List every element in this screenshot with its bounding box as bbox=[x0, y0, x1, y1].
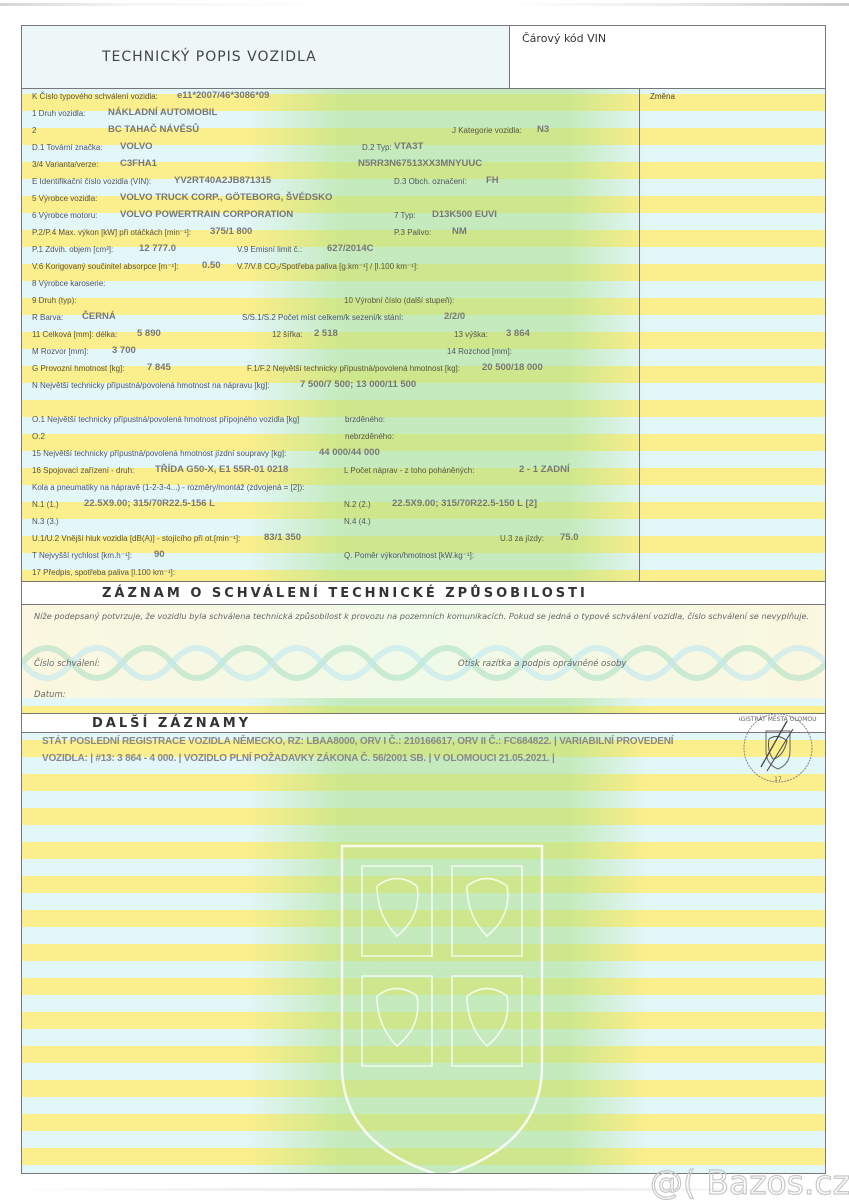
row-axle-3-4: N.3 (3.) N.4 (4.) bbox=[22, 513, 639, 530]
row-body-manufacturer: 8 Výrobce karoserie: bbox=[22, 275, 639, 292]
category-value: N3 bbox=[537, 124, 549, 135]
field-label: E Identifikační číslo vozidla (VIN): bbox=[32, 177, 151, 186]
coupling-value: TŘÍDA G50-X, E1 55R-01 0218 bbox=[155, 464, 288, 475]
row-vehicle-kind: 1 Druh vozidla: NÁKLADNÍ AUTOMOBIL bbox=[22, 105, 639, 122]
page-title: TECHNICKÝ POPIS VOZIDLA bbox=[102, 49, 317, 65]
bazos-watermark: @( Bazos.cz bbox=[650, 1163, 849, 1200]
axle-2-tyres-value: 22.5X9.00; 315/70R22.5-150 L [2] bbox=[392, 498, 537, 509]
vin-barcode-box: Čárový kód VIN bbox=[509, 26, 826, 88]
height-value: 3 864 bbox=[506, 328, 530, 339]
field-label: N.1 (1.) bbox=[32, 500, 59, 509]
row-body-kind: 9 Druh (typ): 10 Výrobní číslo (další st… bbox=[22, 292, 639, 309]
vehicle-manufacturer-value: VOLVO TRUCK CORP., GÖTEBORG, ŠVÉDSKO bbox=[120, 192, 332, 203]
field-label: N.2 (2.) bbox=[344, 500, 371, 509]
field-label: R Barva: bbox=[32, 313, 63, 322]
vehicle-kind-value: NÁKLADNÍ AUTOMOBIL bbox=[108, 107, 217, 118]
records-title: DALŠÍ ZÁZNAMY bbox=[92, 716, 251, 731]
color-value: ČERNÁ bbox=[82, 311, 116, 322]
field-label: 9 Druh (typ): bbox=[32, 296, 76, 305]
field-label: K Číslo typového schválení vozidla: bbox=[32, 92, 158, 101]
max-weight-value: 20 500/18 000 bbox=[482, 362, 543, 373]
engine-type-value: D13K500 EUVI bbox=[432, 209, 497, 220]
official-stamp: MAGISTRÁT MĚSTA OLOMOUCE 17 bbox=[739, 709, 817, 787]
row-axle-1-2: N.1 (1.) 22.5X9.00; 315/70R22.5-156 L N.… bbox=[22, 496, 639, 513]
row-wheels-heading: Kola a pneumatiky na nápravě (1-2-3-4...… bbox=[22, 479, 639, 496]
row-type-approval: K Číslo typového schválení vozidla: e11*… bbox=[22, 88, 639, 105]
wheelbase-value: 3 700 bbox=[112, 345, 136, 356]
row-speed: T Nejvyšší rychlost [km.h⁻¹]: 90 Q. Pomě… bbox=[22, 547, 639, 564]
row-variant: 3/4 Varianta/verze: C3FHA1 N5RR3N67513XX… bbox=[22, 156, 639, 173]
field-label: Q. Poměr výkon/hmotnost [kW.kg⁻¹]: bbox=[344, 551, 474, 560]
guilloche-pattern bbox=[22, 633, 826, 693]
field-label: 13 výška: bbox=[454, 330, 488, 339]
length-value: 5 890 bbox=[137, 328, 161, 339]
field-label: P.3 Palivo: bbox=[394, 228, 431, 237]
axle-weight-value: 7 500/7 500; 13 000/11 500 bbox=[300, 379, 416, 390]
trade-name-value: FH bbox=[486, 175, 499, 186]
approval-number-label: Číslo schválení: bbox=[34, 659, 100, 669]
field-label: 2 bbox=[32, 126, 36, 135]
vin-value: YV2RT40A2JB871315 bbox=[174, 175, 271, 186]
row-trailer-unbraked: O.2 nebrzděného: bbox=[22, 428, 639, 445]
field-label: 7 Typ: bbox=[394, 211, 416, 220]
approval-title: ZÁZNAM O SCHVÁLENÍ TECHNICKÉ ZPŮSOBILOST… bbox=[102, 586, 588, 601]
vin-barcode-label: Čárový kód VIN bbox=[522, 32, 606, 45]
field-label: 11 Celková [mm]: délka: bbox=[32, 330, 117, 339]
noise-value: 83/1 350 bbox=[264, 532, 301, 543]
stamp-signature-label: Otisk razítka a podpis oprávněné osoby bbox=[458, 659, 626, 669]
field-label: 10 Výrobní číslo (další stupeň): bbox=[344, 296, 454, 305]
combination-weight-value: 44 000/44 000 bbox=[319, 447, 380, 458]
record-line: VOZIDLA: | #13: 3 864 - 4 000. | VOZIDLO… bbox=[42, 753, 555, 764]
fuel-value: NM bbox=[452, 226, 467, 237]
field-label: P.1 Zdvih. objem [cm³]: bbox=[32, 245, 113, 254]
field-label: 1 Druh vozidla: bbox=[32, 109, 85, 118]
field-label: 5 Výrobce vozidla: bbox=[32, 194, 97, 203]
field-label: L Počet náprav - z toho poháněných: bbox=[344, 466, 474, 475]
row-length: 11 Celková [mm]: délka: 5 890 12 šířka: … bbox=[22, 326, 639, 343]
row-make: D.1 Tovární značka: VOLVO D.2 Typ: VTA3T bbox=[22, 139, 639, 156]
state-emblem-watermark bbox=[322, 826, 562, 1174]
seats-value: 2/2/0 bbox=[444, 311, 465, 322]
field-label: 12 šířka: bbox=[272, 330, 303, 339]
field-label: N.4 (4.) bbox=[344, 517, 371, 526]
variant-value: C3FHA1 bbox=[120, 158, 157, 169]
type-approval-number: e11*2007/46*3086*09 bbox=[177, 90, 269, 101]
field-label: 14 Rozchod [mm]: bbox=[447, 347, 512, 356]
row-noise: U.1/U.2 Vnější hluk vozidla [dB(A)] - st… bbox=[22, 530, 639, 547]
field-label: 6 Výrobce motoru: bbox=[32, 211, 97, 220]
row-color: R Barva: ČERNÁ S/S.1/S.2 Počet míst celk… bbox=[22, 309, 639, 326]
version-value: N5RR3N67513XX3MNYUUC bbox=[358, 158, 482, 169]
row-combination-weight: 15 Největší technicky přípustná/povolená… bbox=[22, 445, 639, 462]
row-vin: E Identifikační číslo vozidla (VIN): YV2… bbox=[22, 173, 639, 190]
field-label: nebrzděného: bbox=[345, 432, 394, 441]
approval-section: Níže podepsaný potvrzuje, že vozidlu byl… bbox=[22, 605, 826, 698]
change-column-divider bbox=[639, 88, 640, 613]
axle-count-value: 2 - 1 ZADNÍ bbox=[519, 464, 570, 475]
emission-limit-value: 627/2014C bbox=[327, 243, 373, 254]
make-value: VOLVO bbox=[120, 141, 153, 152]
row-wheelbase: M Rozvor [mm]: 3 700 14 Rozchod [mm]: bbox=[22, 343, 639, 360]
technical-description-sheet: TECHNICKÝ POPIS VOZIDLA Čárový kód VIN Z… bbox=[21, 25, 826, 1174]
field-label: brzděného: bbox=[345, 415, 385, 424]
width-value: 2 518 bbox=[314, 328, 338, 339]
axle-1-tyres-value: 22.5X9.00; 315/70R22.5-156 L bbox=[84, 498, 215, 509]
type-value: VTA3T bbox=[394, 141, 423, 152]
displacement-value: 12 777.0 bbox=[139, 243, 176, 254]
record-line: STÁT POSLEDNÍ REGISTRACE VOZIDLA NĚMECKO… bbox=[42, 736, 673, 747]
field-label: O.1 Největší technicky přípustná/povolen… bbox=[32, 415, 299, 424]
field-label: F.1/F.2 Největší technicky přípustná/pov… bbox=[247, 364, 460, 373]
row-absorption: V.6 Korigovaný součinitel absorpce [m⁻¹]… bbox=[22, 258, 639, 275]
date-label: Datum: bbox=[34, 690, 66, 700]
field-label: D.3 Obch. označení: bbox=[394, 177, 467, 186]
records-section-header: DALŠÍ ZÁZNAMY bbox=[22, 713, 826, 733]
field-label: S/S.1/S.2 Počet míst celkem/k sezení/k s… bbox=[242, 313, 403, 322]
field-label: N.3 (3.) bbox=[32, 517, 59, 526]
max-speed-value: 90 bbox=[154, 549, 165, 560]
scan-edge bbox=[0, 3, 849, 6]
row-operating-weight: G Provozní hmotnost [kg]: 7 845 F.1/F.2 … bbox=[22, 360, 639, 377]
field-label: 8 Výrobce karoserie: bbox=[32, 279, 105, 288]
field-label: V.9 Emisní limit č.: bbox=[237, 245, 302, 254]
row-trailer-braked: O.1 Největší technicky přípustná/povolen… bbox=[22, 411, 639, 428]
stamp-text: MAGISTRÁT MĚSTA OLOMOUCE bbox=[739, 715, 817, 723]
operating-weight-value: 7 845 bbox=[147, 362, 171, 373]
row-fuel-consumption: 17 Předpis, spotřeba paliva [l.100 km⁻¹]… bbox=[22, 564, 639, 581]
noise-driving-value: 75.0 bbox=[560, 532, 579, 543]
field-label: U.1/U.2 Vnější hluk vozidla [dB(A)] - st… bbox=[32, 534, 240, 543]
field-label: Kola a pneumatiky na nápravě (1-2-3-4...… bbox=[32, 483, 304, 492]
field-label: 3/4 Varianta/verze: bbox=[32, 160, 99, 169]
field-label: V.7/V.8 CO₂/Spotřeba paliva [g.km⁻¹] / [… bbox=[237, 262, 418, 271]
header: TECHNICKÝ POPIS VOZIDLA Čárový kód VIN bbox=[22, 26, 826, 89]
field-label: N Největší technicky přípustná/povolená … bbox=[32, 381, 269, 390]
row-displacement: P.1 Zdvih. objem [cm³]: 12 777.0 V.9 Emi… bbox=[22, 241, 639, 258]
field-label: D.2 Typ: bbox=[362, 143, 392, 152]
field-label: V.6 Korigovaný součinitel absorpce [m⁻¹]… bbox=[32, 262, 179, 271]
field-label: G Provozní hmotnost [kg]: bbox=[32, 364, 124, 373]
row-axle-weight: N Největší technicky přípustná/povolená … bbox=[22, 377, 639, 394]
power-value: 375/1 800 bbox=[210, 226, 252, 237]
field-label: 16 Spojovací zařízení - druh: bbox=[32, 466, 134, 475]
field-label: M Rozvor [mm]: bbox=[32, 347, 88, 356]
row-engine-manufacturer: 6 Výrobce motoru: VOLVO POWERTRAIN CORPO… bbox=[22, 207, 639, 224]
row-coupling: 16 Spojovací zařízení - druh: TŘÍDA G50-… bbox=[22, 462, 639, 479]
body-type-value: BC TAHAČ NÁVĚSŮ bbox=[108, 124, 199, 135]
approval-section-header: ZÁZNAM O SCHVÁLENÍ TECHNICKÉ ZPŮSOBILOST… bbox=[22, 581, 826, 605]
approval-statement: Níže podepsaný potvrzuje, že vozidlu byl… bbox=[34, 611, 809, 621]
field-label: 17 Předpis, spotřeba paliva [l.100 km⁻¹]… bbox=[32, 568, 175, 577]
engine-manufacturer-value: VOLVO POWERTRAIN CORPORATION bbox=[120, 209, 293, 220]
field-label: J Kategorie vozidla: bbox=[452, 126, 522, 135]
field-label: P.2/P.4 Max. výkon [kW] při otáčkách [mi… bbox=[32, 228, 191, 237]
row-body-type: 2 BC TAHAČ NÁVĚSŮ J Kategorie vozidla: N… bbox=[22, 122, 639, 139]
row-power: P.2/P.4 Max. výkon [kW] při otáčkách [mi… bbox=[22, 224, 639, 241]
absorption-value: 0.50 bbox=[202, 260, 221, 271]
field-label: D.1 Tovární značka: bbox=[32, 143, 103, 152]
change-column-label: Změna bbox=[650, 92, 675, 101]
field-label: 15 Největší technicky přípustná/povolená… bbox=[32, 449, 286, 458]
field-label: O.2 bbox=[32, 432, 45, 441]
field-label: U.3 za jízdy: bbox=[500, 534, 544, 543]
field-label: T Nejvyšší rychlost [km.h⁻¹]: bbox=[32, 551, 132, 560]
stamp-number: 17 bbox=[774, 776, 782, 783]
row-vehicle-manufacturer: 5 Výrobce vozidla: VOLVO TRUCK CORP., GÖ… bbox=[22, 190, 639, 207]
